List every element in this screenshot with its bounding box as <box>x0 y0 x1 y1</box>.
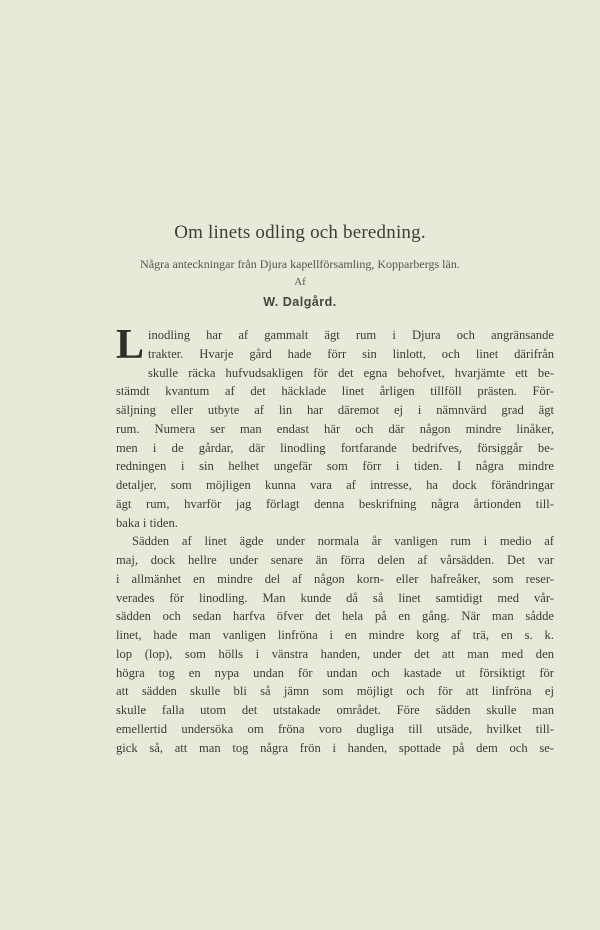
text-line: rum. Numera ser man endast här och där n… <box>116 420 554 439</box>
text-line: Sädden af linet ägde under normala år va… <box>116 532 554 551</box>
drop-cap: L <box>116 328 144 364</box>
text-line: stämdt kvantum af det häcklade linet årl… <box>116 382 554 401</box>
text-line: redningen i sin helhet ungefär som förr … <box>116 457 554 476</box>
document-page: Om linets odling och beredning. Några an… <box>0 0 600 930</box>
text-line: skulle falla utom det utstakade området.… <box>116 701 554 720</box>
text-line: gick så, att man tog några frön i handen… <box>116 739 554 758</box>
text-line: säljning eller utbyte af lin har däremot… <box>116 401 554 420</box>
paragraph-1: L inodling har af gammalt ägt rum i Djur… <box>116 326 554 532</box>
article-subtitle: Några anteckningar från Djura kapellförs… <box>0 257 600 272</box>
text-line: detaljer, som möjligen kunna vara af int… <box>116 476 554 495</box>
text-line: i allmänhet en mindre del af någon korn-… <box>116 570 554 589</box>
text-line: skulle räcka hufvudsakligen för det egna… <box>116 364 554 383</box>
text-line: trakter. Hvarje gård hade förr sin linlo… <box>116 345 554 364</box>
text-line: baka i tiden. <box>116 514 554 533</box>
text-line: högra tog en nypa undan för undan och ka… <box>116 664 554 683</box>
text-line: men i de gårdar, där linodling fortfaran… <box>116 439 554 458</box>
author-name: W. Dalgård. <box>0 295 600 309</box>
text-line: sädden och sedan harfva öfver det hela p… <box>116 607 554 626</box>
paragraph-2: Sädden af linet ägde under normala år va… <box>116 532 554 757</box>
article-body: L inodling har af gammalt ägt rum i Djur… <box>116 326 554 757</box>
article-title: Om linets odling och beredning. <box>0 222 600 244</box>
text-line: emellertid undersöka om fröna voro dugli… <box>116 720 554 739</box>
text-line: maj, dock hellre under senare än förra d… <box>116 551 554 570</box>
byline-prefix: Af <box>0 276 600 288</box>
text-line: linet, hade man vanligen linfröna i en m… <box>116 626 554 645</box>
text-line: inodling har af gammalt ägt rum i Djura … <box>116 326 554 345</box>
text-line: att sädden skulle bli så jämn som möjlig… <box>116 682 554 701</box>
text-line: lop (lop), som hölls i vänstra handen, u… <box>116 645 554 664</box>
text-line: ägt rum, hvarför jag förlagt denna beskr… <box>116 495 554 514</box>
text-line: verades för linodling. Man kunde då så l… <box>116 589 554 608</box>
